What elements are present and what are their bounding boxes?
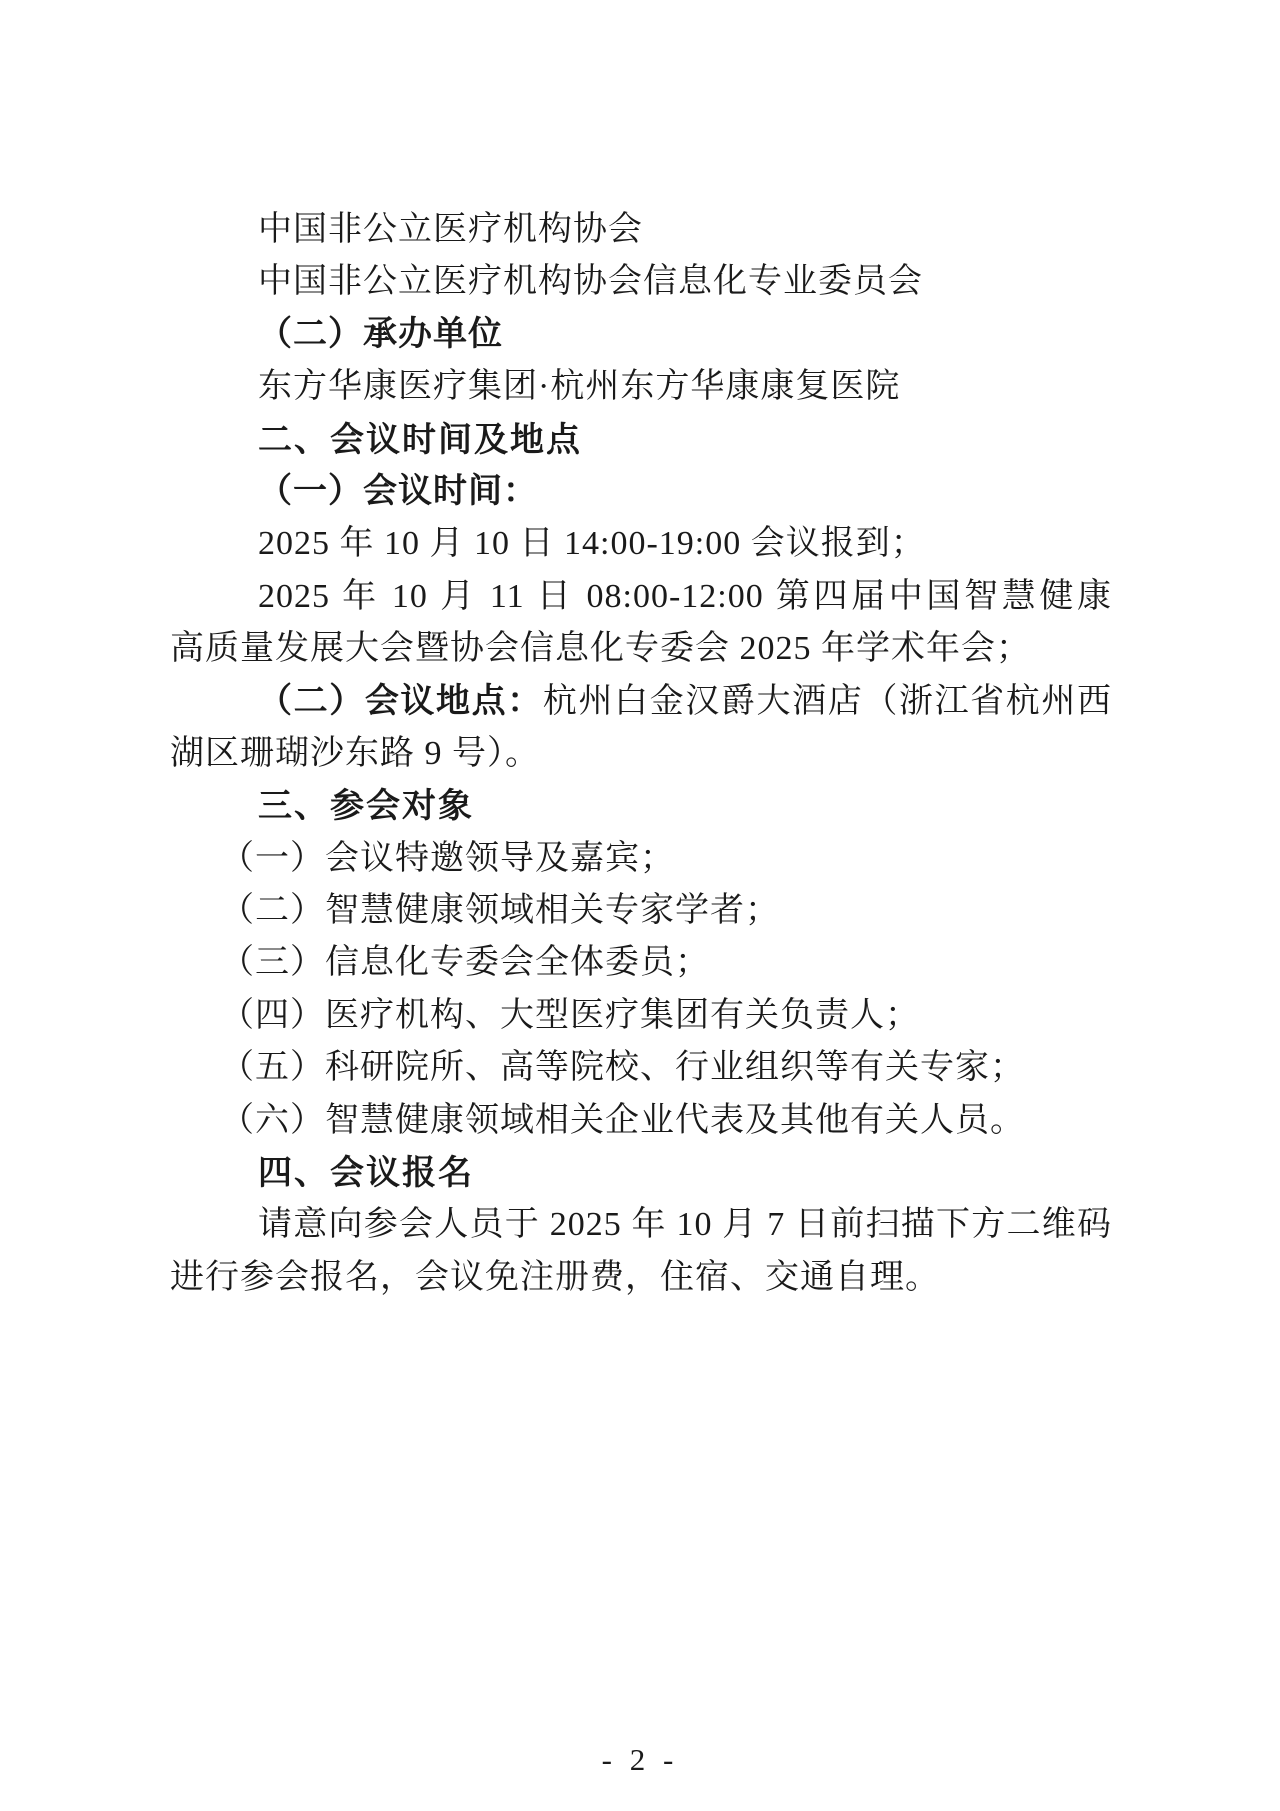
text-segment: 高质量发展大会暨协会信息化专委会 2025 年学术年会； <box>170 630 1031 667</box>
page-number: - 2 - <box>602 1742 679 1777</box>
section-heading-line: 四、会议报名 <box>170 1147 1112 1199</box>
text-line: （五）科研院所、高等院校、行业组织等有关专家； <box>170 1042 1112 1094</box>
section-heading-line: 三、参会对象 <box>170 780 1112 832</box>
text-segment: 三、参会对象 <box>258 787 474 825</box>
text-line: （六）智慧健康领域相关企业代表及其他有关人员。 <box>170 1095 1112 1147</box>
text-segment: （五）科研院所、高等院校、行业组织等有关专家； <box>220 1049 1025 1086</box>
document-page: 中国非公立医疗机构协会中国非公立医疗机构协会信息化专业委员会（二）承办单位东方华… <box>0 0 1280 1811</box>
text-segment: （六）智慧健康领域相关企业代表及其他有关人员。 <box>220 1102 1025 1139</box>
text-segment: （二）承办单位 <box>258 316 503 353</box>
text-segment: （一）会议时间： <box>258 473 538 510</box>
text-line: （四）医疗机构、大型医疗集团有关负责人； <box>170 990 1112 1042</box>
text-line: （二）智慧健康领域相关专家学者； <box>170 885 1112 937</box>
text-line: 湖区珊瑚沙东路 9 号）。 <box>170 728 1112 780</box>
section-heading-line: 二、会议时间及地点 <box>170 414 1112 466</box>
text-line: 东方华康医疗集团·杭州东方华康康复医院 <box>170 361 1112 413</box>
subheading-line: （一）会议时间： <box>170 466 1112 518</box>
text-segment: 湖区珊瑚沙东路 9 号）。 <box>170 735 540 772</box>
text-line: 中国非公立医疗机构协会信息化专业委员会 <box>170 256 1112 308</box>
text-line: （三）信息化专委会全体委员； <box>170 937 1112 989</box>
text-segment: （三）信息化专委会全体委员； <box>220 944 710 981</box>
text-line: （二）会议地点：杭州白金汉爵大酒店（浙江省杭州西 <box>170 676 1112 728</box>
text-segment: 2025 年 10 月 11 日 08:00-12:00 第四届中国智慧健康 <box>258 578 1112 615</box>
text-line: 2025 年 10 月 10 日 14:00-19:00 会议报到； <box>170 518 1112 570</box>
text-segment: 中国非公立医疗机构协会 <box>258 211 643 248</box>
text-segment: 请意向参会人员于 2025 年 10 月 7 日前扫描下方二维码 <box>258 1206 1112 1243</box>
text-line: （一）会议特邀领导及嘉宾； <box>170 833 1112 885</box>
text-line: 2025 年 10 月 11 日 08:00-12:00 第四届中国智慧健康 <box>170 571 1112 623</box>
text-segment: （二）会议地点： <box>258 683 543 720</box>
text-line: 高质量发展大会暨协会信息化专委会 2025 年学术年会； <box>170 623 1112 675</box>
text-line: 请意向参会人员于 2025 年 10 月 7 日前扫描下方二维码 <box>170 1199 1112 1251</box>
text-segment: 杭州白金汉爵大酒店（浙江省杭州西 <box>543 683 1112 720</box>
text-segment: （四）医疗机构、大型医疗集团有关负责人； <box>220 997 920 1034</box>
page-footer: - 2 - <box>0 1742 1280 1778</box>
document-body: 中国非公立医疗机构协会中国非公立医疗机构协会信息化专业委员会（二）承办单位东方华… <box>170 204 1112 1304</box>
subheading-line: （二）承办单位 <box>170 309 1112 361</box>
text-segment: （一）会议特邀领导及嘉宾； <box>220 840 675 877</box>
text-segment: 中国非公立医疗机构协会信息化专业委员会 <box>258 263 923 300</box>
text-line: 中国非公立医疗机构协会 <box>170 204 1112 256</box>
text-line: 进行参会报名，会议免注册费，住宿、交通自理。 <box>170 1252 1112 1304</box>
text-segment: （二）智慧健康领域相关专家学者； <box>220 892 780 929</box>
text-segment: 四、会议报名 <box>258 1154 474 1192</box>
text-segment: 东方华康医疗集团·杭州东方华康康复医院 <box>258 368 900 405</box>
text-segment: 二、会议时间及地点 <box>258 421 582 459</box>
text-segment: 2025 年 10 月 10 日 14:00-19:00 会议报到； <box>258 525 926 562</box>
text-segment: 进行参会报名，会议免注册费，住宿、交通自理。 <box>170 1259 940 1296</box>
